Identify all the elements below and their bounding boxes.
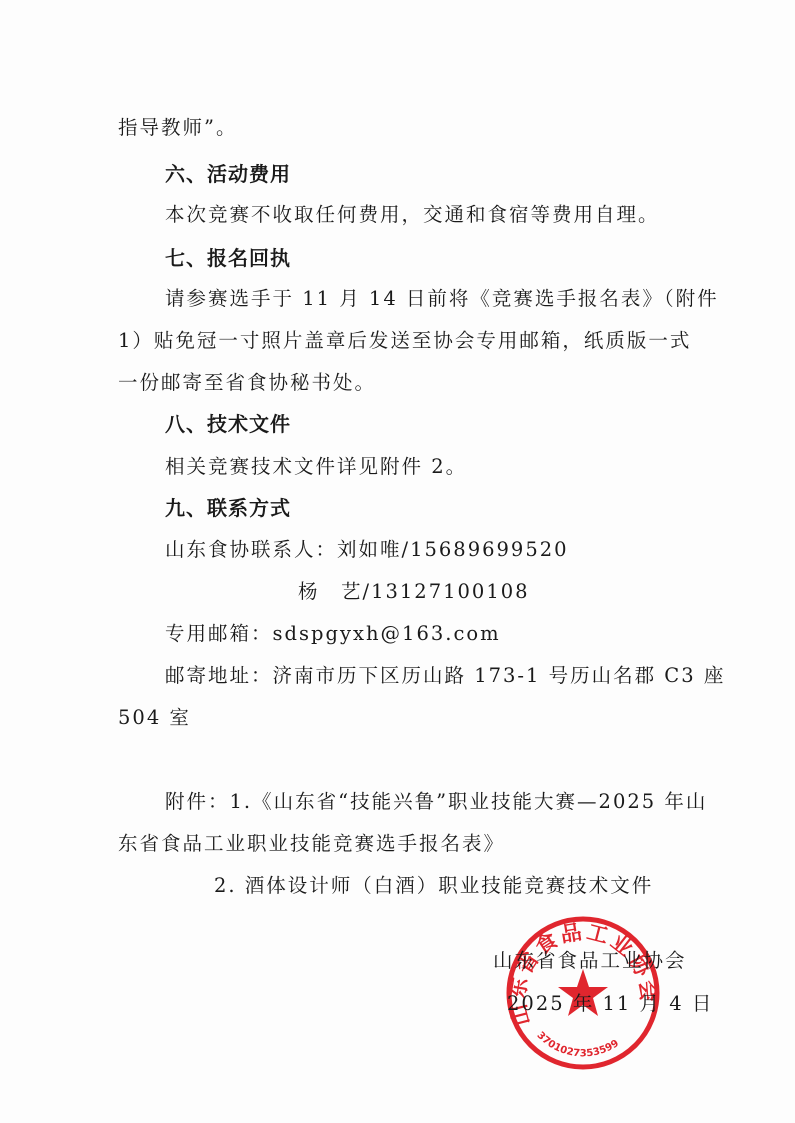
registration-text-3: 一份邮寄至省食协秘书处。 [118, 367, 376, 395]
fees-text: 本次竞赛不收取任何费用，交通和食宿等费用自理。 [165, 199, 660, 227]
attachment-1-line-2: 东省食品工业职业技能竞赛选手报名表》 [118, 828, 505, 856]
section-heading-technical: 八、技术文件 [165, 408, 291, 437]
signing-date: 2025 年 11 月 4 日 [507, 988, 713, 1016]
svg-text:3701027353599: 3701027353599 [535, 1030, 621, 1059]
section-heading-fees: 六、活动费用 [165, 158, 291, 187]
document-page: 指导教师”。 六、活动费用 本次竞赛不收取任何费用，交通和食宿等费用自理。 七、… [0, 0, 795, 1123]
section-heading-registration: 七、报名回执 [165, 242, 291, 271]
contact-email: 专用邮箱：sdspgyxh@163.com [165, 618, 501, 646]
signing-organization: 山东省食品工业协会 [493, 945, 687, 973]
continuation-line: 指导教师”。 [118, 112, 237, 140]
attachment-2: 2. 酒体设计师（白酒）职业技能竞赛技术文件 [214, 870, 653, 898]
registration-text-1: 请参赛选手于 11 月 14 日前将《竞赛选手报名表》（附件 [165, 283, 719, 311]
attachment-1-line-1: 附件：1.《山东省“技能兴鲁”职业技能大赛—2025 年山 [165, 786, 707, 814]
registration-text-2: 1）贴免冠一寸照片盖章后发送至协会专用邮箱，纸质版一式 [118, 325, 691, 353]
contact-person-2: 杨 艺/13127100108 [298, 576, 530, 604]
mailing-address-1: 邮寄地址：济南市历下区历山路 173-1 号历山名郡 C3 座 [165, 660, 725, 688]
mailing-address-2: 504 室 [118, 702, 191, 730]
section-heading-contact: 九、联系方式 [165, 492, 291, 521]
contact-person-1: 山东食协联系人：刘如唯/15689699520 [165, 534, 569, 562]
technical-text: 相关竞赛技术文件详见附件 2。 [165, 451, 467, 479]
